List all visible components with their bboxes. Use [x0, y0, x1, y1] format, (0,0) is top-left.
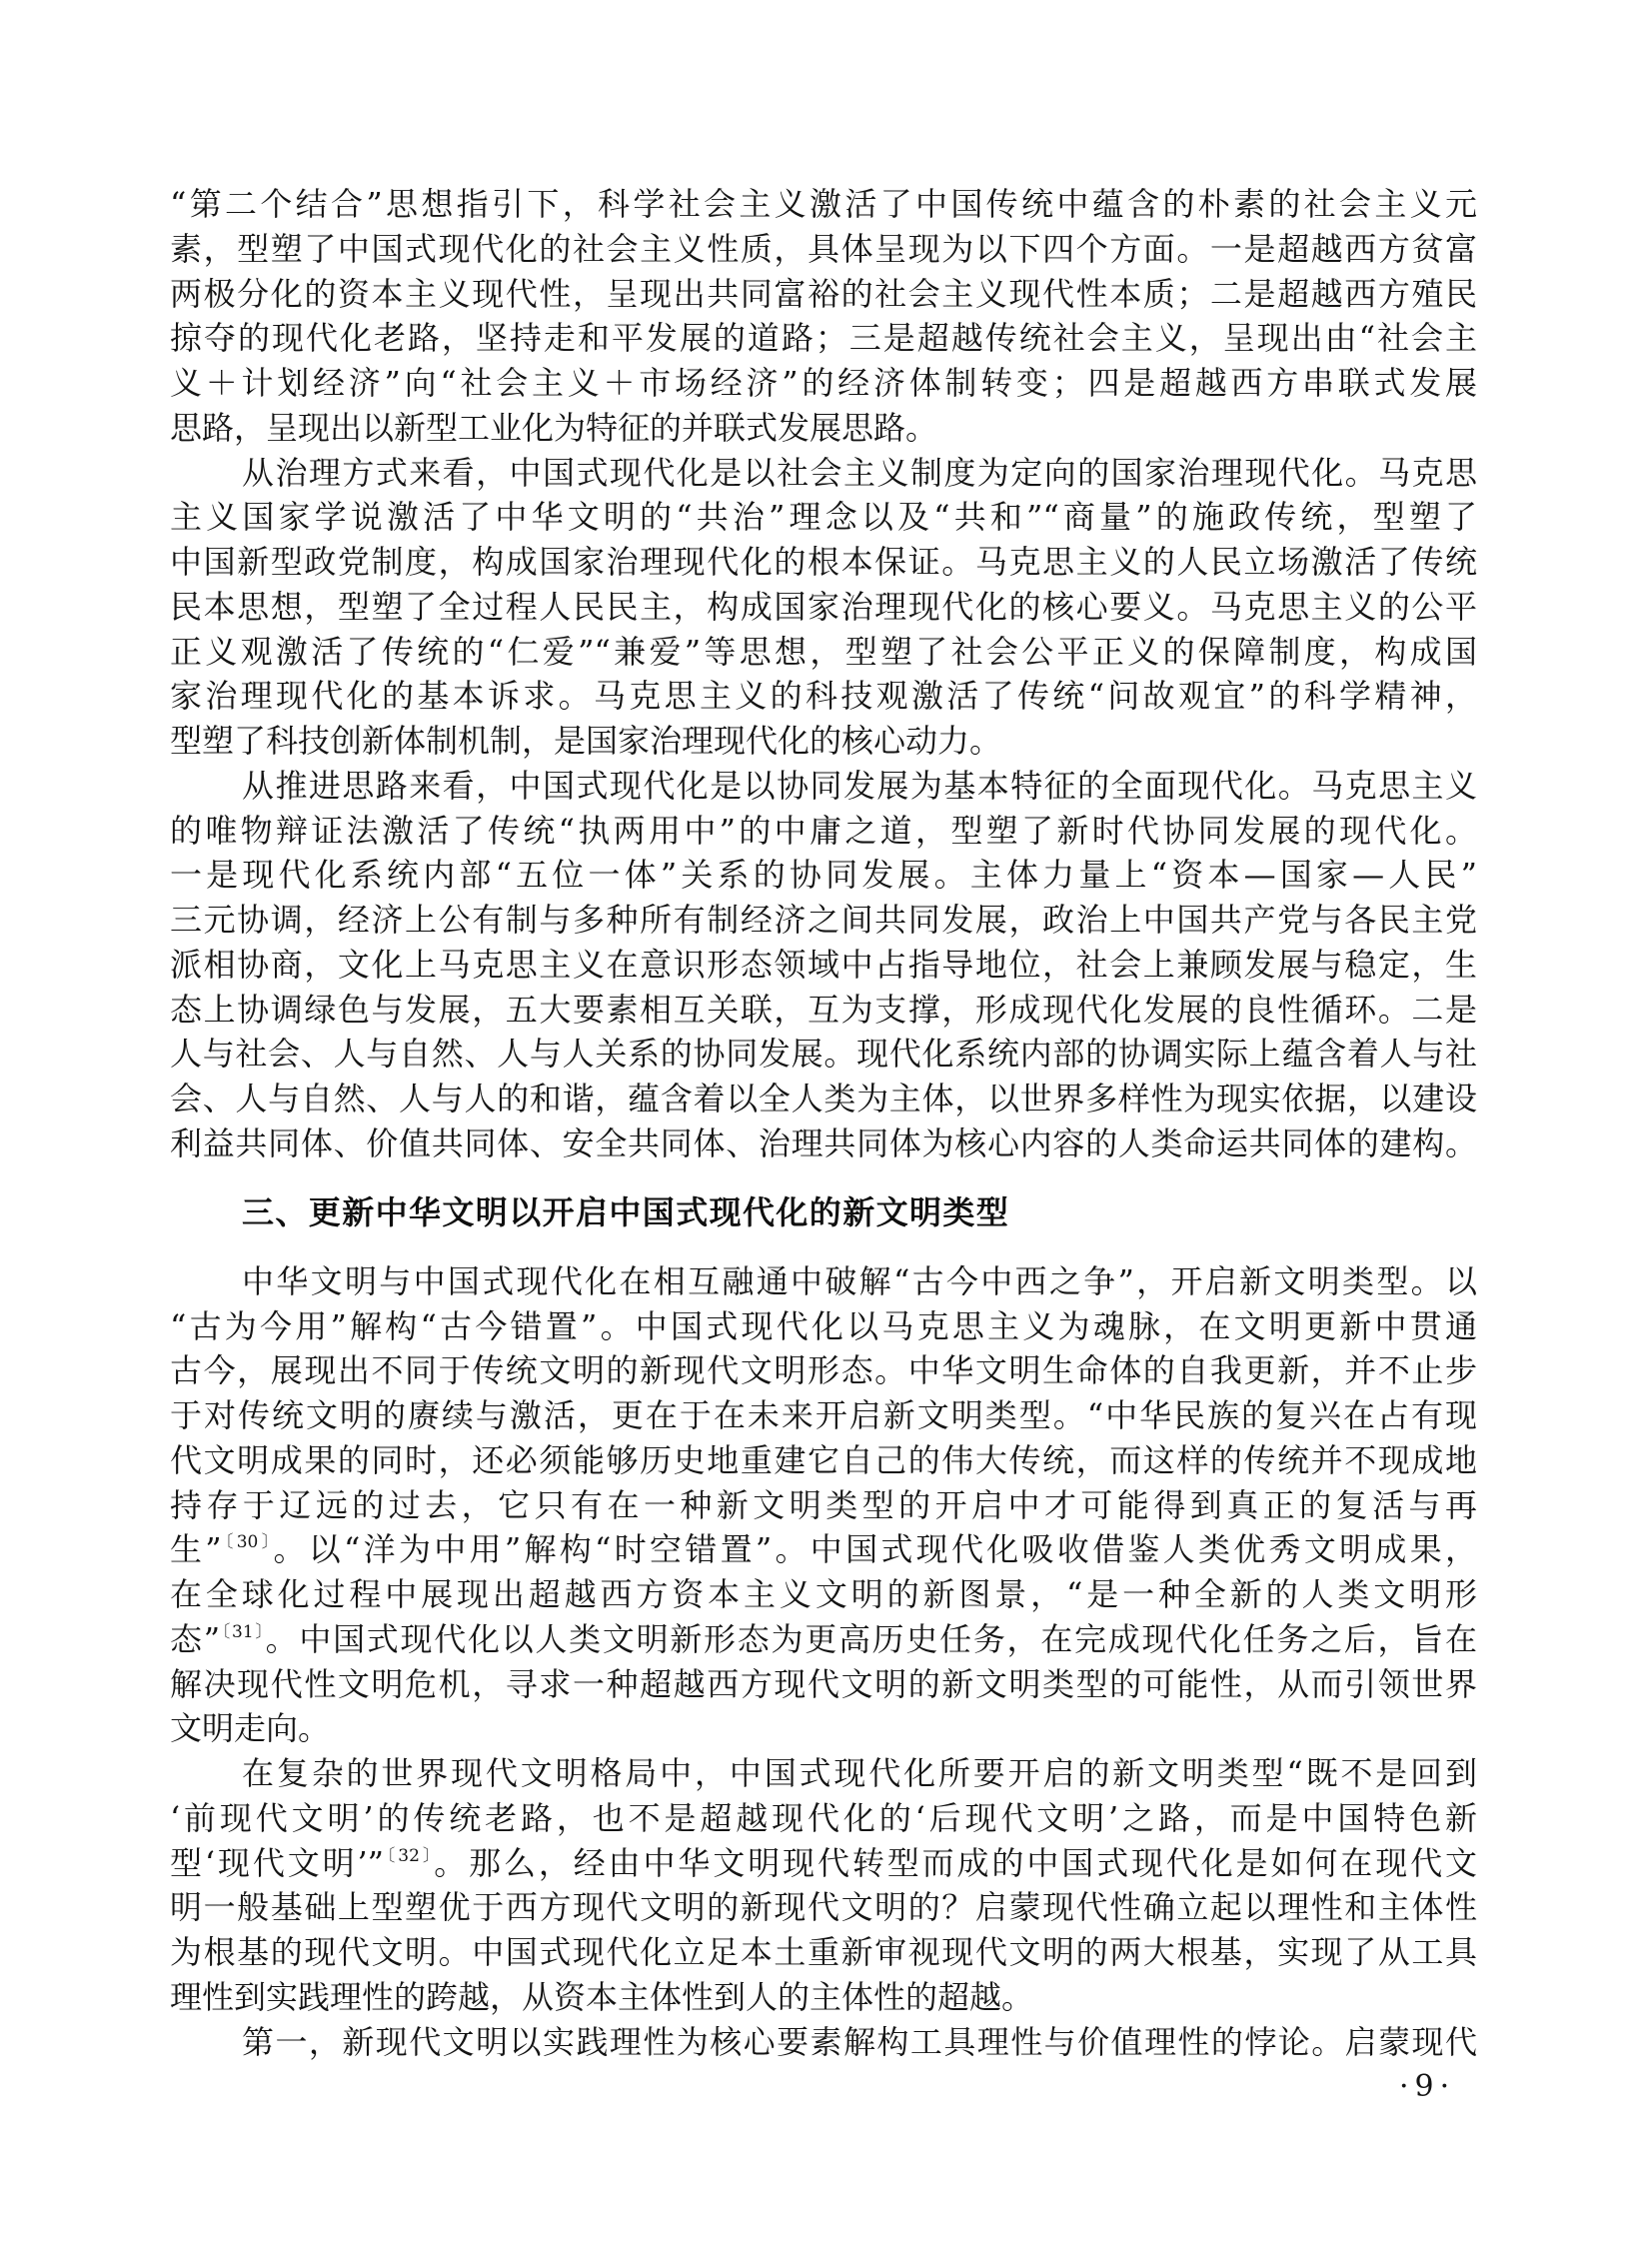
paragraph: 在复杂的世界现代文明格局中，中国式现代化所要开启的新文明类型“既不是回到 ‘前现… — [170, 1751, 1477, 2020]
text-line: 古今，展现出不同于传统文明的新现代文明形态。中华文明生命体的自我更新，并不止步 — [170, 1348, 1477, 1393]
text-line: 人与社会、人与自然、人与人关系的协同发展。现代化系统内部的协调实际上蕴含着人与社 — [170, 1032, 1477, 1077]
text-line: 于对传统文明的赓续与激活，更在于在未来开启新文明类型。“中华民族的复兴在占有现 — [170, 1393, 1477, 1438]
text-segment: 生” — [170, 1530, 222, 1568]
text-line: 在全球化过程中展现出超越西方资本主义文明的新图景，“是一种全新的人类文明形 — [170, 1572, 1477, 1617]
text-line: 理性到实践理性的跨越，从资本主体性到人的主体性的超越。 — [170, 1975, 1477, 2020]
text-line: “古为今用”解构“古今错置”。中国式现代化以马克思主义为魂脉，在文明更新中贯通 — [170, 1304, 1477, 1349]
citation-ref: 〔30〕 — [222, 1532, 274, 1552]
text-line: 家治理现代化的基本诉求。马克思主义的科技观激活了传统“问故观宜”的科学精神， — [170, 674, 1477, 719]
text-line: 思路，呈现出以新型工业化为特征的并联式发展思路。 — [170, 406, 1477, 451]
text-line: 掠夺的现代化老路，坚持走和平发展的道路；三是超越传统社会主义，呈现出由“社会主 — [170, 316, 1477, 361]
text-line: 明一般基础上型塑优于西方现代文明的新现代文明的？启蒙现代性确立起以理性和主体性 — [170, 1885, 1477, 1930]
text-line: 持存于辽远的过去，它只有在一种新文明类型的开启中才可能得到真正的复活与再 — [170, 1483, 1477, 1528]
text-segment: 。以“洋为中用”解构“时空错置”。中国式现代化吸收借鉴人类优秀文明成果， — [273, 1530, 1477, 1568]
paragraph: 从治理方式来看，中国式现代化是以社会主义制度为定向的国家治理现代化。马克思 主义… — [170, 451, 1477, 764]
text-line: “第二个结合”思想指引下，科学社会主义激活了中国传统中蕴含的朴素的社会主义元 — [170, 182, 1477, 227]
text-line: 民本思想，型塑了全过程人民民主，构成国家治理现代化的核心要义。马克思主义的公平 — [170, 585, 1477, 630]
text-line: 中国新型政党制度，构成国家治理现代化的根本保证。马克思主义的人民立场激活了传统 — [170, 540, 1477, 585]
text-line: 为根基的现代文明。中国式现代化立足本土重新审视现代文明的两大根基，实现了从工具 — [170, 1930, 1477, 1975]
text-line: 的唯物辩证法激活了传统“执两用中”的中庸之道，型塑了新时代协同发展的现代化。 — [170, 809, 1477, 854]
text-line: 态上协调绿色与发展，五大要素相互关联，互为支撑，形成现代化发展的良性循环。二是 — [170, 988, 1477, 1033]
text-line: 第一，新现代文明以实践理性为核心要素解构工具理性与价值理性的悖论。启蒙现代 — [170, 2020, 1477, 2065]
article-body: “第二个结合”思想指引下，科学社会主义激活了中国传统中蕴含的朴素的社会主义元 素… — [170, 182, 1477, 2064]
text-line: 会、人与自然、人与人的和谐，蕴含着以全人类为主体，以世界多样性为现实依据，以建设 — [170, 1077, 1477, 1121]
text-segment: 态” — [170, 1620, 220, 1658]
text-line: 三元协调，经济上公有制与多种所有制经济之间共同发展，政治上中国共产党与各民主党 — [170, 898, 1477, 943]
text-line: 解决现代性文明危机，寻求一种超越西方现代文明的新文明类型的可能性，从而引领世界 — [170, 1662, 1477, 1707]
page-number: ·9· — [1399, 2069, 1455, 2105]
text-line: 文明走向。 — [170, 1706, 1477, 1751]
text-line: 利益共同体、价值共同体、安全共同体、治理共同体为核心内容的人类命运共同体的建构。 — [170, 1121, 1477, 1166]
text-line: 代文明成果的同时，还必须能够历史地重建它自己的伟大传统，而这样的传统并不现成地 — [170, 1438, 1477, 1483]
text-line: 态”〔31〕。中国式现代化以人类文明新形态为更高历史任务，在完成现代化任务之后，… — [170, 1617, 1477, 1662]
text-line: 派相协商，文化上马克思主义在意识形态领域中占指导地位，社会上兼顾发展与稳定，生 — [170, 943, 1477, 988]
text-line: 两极分化的资本主义现代性，呈现出共同富裕的社会主义现代性本质；二是超越西方殖民 — [170, 272, 1477, 317]
paragraph: 从推进思路来看，中国式现代化是以协同发展为基本特征的全面现代化。马克思主义 的唯… — [170, 764, 1477, 1166]
text-line: 在复杂的世界现代文明格局中，中国式现代化所要开启的新文明类型“既不是回到 — [170, 1751, 1477, 1796]
text-line: 中华文明与中国式现代化在相互融通中破解“古今中西之争”，开启新文明类型。以 — [170, 1259, 1477, 1304]
text-line: 型塑了科技创新体制机制，是国家治理现代化的核心动力。 — [170, 719, 1477, 764]
text-line: 主义国家学说激活了中华文明的“共治”理念以及“共和”“商量”的施政传统，型塑了 — [170, 495, 1477, 540]
text-segment: 。那么，经由中华文明现代转型而成的中国式现代化是如何在现代文 — [434, 1844, 1477, 1882]
text-line: 正义观激活了传统的“仁爱”“兼爱”等思想，型塑了社会公平正义的保障制度，构成国 — [170, 630, 1477, 675]
text-line: ‘前现代文明’的传统老路，也不是超越现代化的‘后现代文明’之路，而是中国特色新 — [170, 1796, 1477, 1841]
text-line: 素，型塑了中国式现代化的社会主义性质，具体呈现为以下四个方面。一是超越西方贫富 — [170, 227, 1477, 272]
citation-ref: 〔31〕 — [220, 1622, 266, 1642]
text-line: 从推进思路来看，中国式现代化是以协同发展为基本特征的全面现代化。马克思主义 — [170, 764, 1477, 809]
text-line: 义＋计划经济”向“社会主义＋市场经济”的经济体制转变；四是超越西方串联式发展 — [170, 361, 1477, 406]
paragraph: 中华文明与中国式现代化在相互融通中破解“古今中西之争”，开启新文明类型。以 “古… — [170, 1259, 1477, 1751]
text-line: 型‘现代文明’”〔32〕。那么，经由中华文明现代转型而成的中国式现代化是如何在现… — [170, 1841, 1477, 1886]
text-line: 一是现代化系统内部“五位一体”关系的协同发展。主体力量上“资本—国家—人民” — [170, 853, 1477, 898]
section-heading: 三、更新中华文明以开启中国式现代化的新文明类型 — [170, 1190, 1477, 1235]
text-segment: 型‘现代文明’” — [170, 1844, 384, 1882]
citation-ref: 〔32〕 — [384, 1846, 434, 1866]
paragraph: “第二个结合”思想指引下，科学社会主义激活了中国传统中蕴含的朴素的社会主义元 素… — [170, 182, 1477, 451]
text-line: 从治理方式来看，中国式现代化是以社会主义制度为定向的国家治理现代化。马克思 — [170, 451, 1477, 496]
paragraph: 第一，新现代文明以实践理性为核心要素解构工具理性与价值理性的悖论。启蒙现代 — [170, 2020, 1477, 2065]
text-segment: 。中国式现代化以人类文明新形态为更高历史任务，在完成现代化任务之后，旨在 — [266, 1620, 1477, 1658]
text-line: 生”〔30〕。以“洋为中用”解构“时空错置”。中国式现代化吸收借鉴人类优秀文明成… — [170, 1527, 1477, 1572]
